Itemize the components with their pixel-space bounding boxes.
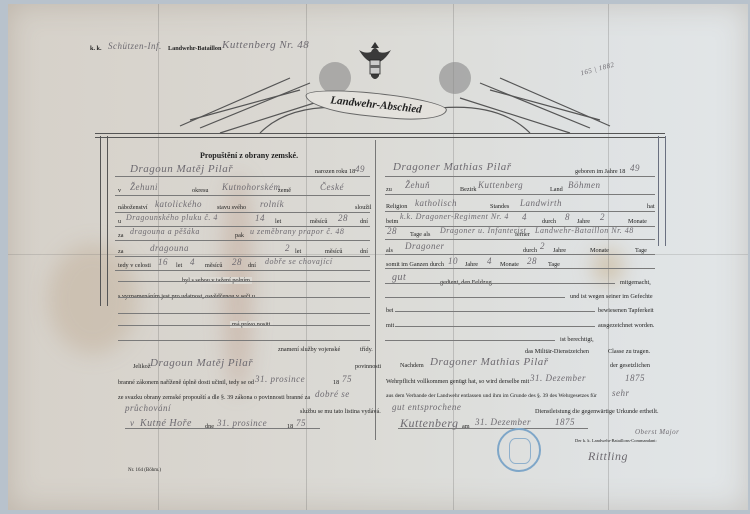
occupation: rolník [260, 199, 284, 209]
country: České [320, 182, 344, 192]
pledge-line: branné zákonem naříženě úplně dosti učin… [118, 379, 254, 386]
unit: u zeměbrany prapor č. 48 [250, 227, 344, 236]
ornamental-frame-left [100, 136, 108, 306]
label: durch [542, 218, 556, 225]
double-headed-eagle-icon [355, 40, 395, 90]
label: Monate [628, 218, 647, 225]
regiment: k.k. Dragoner-Regiment Nr. 4 [400, 212, 509, 221]
official-seal-stamp [497, 428, 541, 472]
months: 2 [600, 212, 605, 222]
rule [118, 340, 370, 341]
country: Böhmen [568, 180, 601, 190]
rank: dragouna [150, 243, 189, 253]
issue-date: 31. Dezember [475, 417, 531, 427]
label: sloužil [355, 204, 372, 211]
signature-title: Der k. k. Landwehr-Bataillons-Commandant… [575, 438, 657, 443]
conduct-value: gut entsprochene [392, 402, 461, 412]
pledge-line: Wehrpflicht vollkommen genügt hat, so wi… [386, 378, 529, 385]
label: let [176, 262, 182, 269]
rule [118, 281, 370, 282]
occupation: Landwirth [520, 198, 562, 208]
conduct: dobře se chovající [265, 257, 333, 266]
label: ferner [515, 231, 530, 238]
rule [118, 325, 370, 326]
label: durch [523, 247, 537, 254]
label: za [118, 248, 124, 255]
discharge-year: 75 [342, 374, 352, 384]
label: země [278, 187, 291, 194]
conduct: gut [392, 272, 406, 283]
birth-place: Žehuň [405, 180, 430, 190]
label: Classe zu tragen. [608, 348, 650, 355]
pledge-line: ze svazku obrany zemské propouští a dle … [118, 394, 310, 401]
label: somit im Ganzen durch [386, 261, 444, 268]
years: 2 [540, 241, 545, 251]
rule [115, 176, 370, 177]
total-months: 4 [487, 256, 492, 266]
label: ausgezeichnet worden. [598, 322, 654, 329]
form-number: Nr. 164 (Böhm.) [128, 468, 161, 473]
issue-year: 1875 [555, 417, 575, 427]
label: der gesetzlichen [610, 362, 650, 369]
label: narozen roku 18 [315, 168, 355, 175]
rule [385, 176, 655, 177]
unit: Landwehr-Bataillon Nr. 48 [535, 226, 634, 235]
total-days: 28 [527, 256, 537, 266]
label: hat [647, 203, 655, 210]
label: zu [386, 186, 392, 193]
label: Religion [386, 203, 407, 210]
label: Jahre [577, 218, 590, 225]
czech-name: Dragoun Matěj Pilař [130, 163, 233, 175]
rule [118, 313, 370, 314]
label: dní [360, 218, 368, 225]
label: dní [248, 262, 256, 269]
rule [385, 283, 615, 284]
regiment: Dragounského pluku č. 4 [126, 213, 218, 222]
rank: Dragoner [405, 241, 445, 251]
label: pak [235, 232, 244, 239]
pledge-line: službu se mu tato listina vydává. [300, 408, 381, 415]
rule [385, 254, 655, 255]
birth-year: 49 [355, 164, 365, 174]
label: v [130, 418, 135, 428]
district: Kuttenberg [478, 180, 523, 190]
label: Tage [635, 247, 647, 254]
label: Jahre [465, 261, 478, 268]
rule [115, 240, 370, 241]
label: mit [386, 322, 394, 329]
label: let [275, 218, 281, 225]
rule [385, 194, 655, 195]
header-unit-handwritten: Schützen-Inf. [108, 41, 162, 51]
district: Kutnohorském [222, 182, 281, 192]
birth-year: 49 [630, 163, 640, 173]
label: geboren im Jahre 18 [575, 168, 625, 175]
rule [125, 428, 320, 429]
label: měsíců [325, 248, 343, 255]
rank: dragouna a pěšáka [130, 227, 200, 236]
label: měsíců [205, 262, 223, 269]
conduct-value: dobré se [315, 389, 350, 399]
rule [398, 428, 588, 429]
medal-line: das Militär-Dienstzeichen [525, 348, 589, 355]
german-name: Dragoner Mathias Pilař [393, 161, 512, 173]
label: v [118, 187, 121, 194]
rule [385, 268, 655, 269]
label: beim [386, 218, 398, 225]
label: Standes [490, 203, 509, 210]
total-years: 10 [448, 256, 458, 266]
label: als [386, 247, 393, 254]
rule [395, 311, 595, 312]
czech-title: Propuštění z obrany zemské. [200, 151, 298, 160]
label: za [118, 232, 124, 239]
label: Jelikož [133, 363, 151, 370]
soldier-name: Dragoun Matěj Pilař [150, 357, 253, 369]
total-days: 28 [232, 257, 242, 267]
religion: katholisch [415, 198, 457, 208]
total-months: 4 [190, 257, 195, 267]
label: bewiesenen Tapferkeit [598, 307, 654, 314]
bravery-line: und ist wegen seiner im Gefechte [570, 293, 653, 300]
label: stavu svého [217, 204, 246, 211]
column-divider [375, 140, 376, 440]
pledge-line: aus dem Verbande der Landwehr entlassen … [386, 393, 597, 399]
ornamental-frame-right [658, 136, 666, 246]
rule [115, 270, 370, 271]
conduct-value: sehr [612, 388, 630, 398]
label: let [295, 248, 301, 255]
rule [118, 297, 370, 298]
header-prefix: k. k. [90, 45, 102, 52]
label: měsíců [310, 218, 328, 225]
rule [385, 297, 565, 298]
ornamental-frame-top [95, 133, 665, 138]
label: Nachdem [400, 362, 424, 369]
rule [115, 195, 370, 196]
label: náboženství [118, 204, 148, 211]
soldier-name: Dragoner Mathias Pilař [430, 356, 549, 368]
weapons-trophy-illustration [160, 28, 630, 143]
pledge-line: Dienstleistung die gegenwärtige Urkunde … [535, 408, 659, 415]
discharge-date: 31. prosince [255, 374, 305, 384]
signature: Rittling [588, 449, 628, 464]
label: Monate [500, 261, 519, 268]
label: povinnosti [355, 363, 381, 370]
rule [385, 340, 555, 341]
label: Land [550, 186, 563, 193]
label: Tage als [410, 231, 430, 238]
label: ist berechtigt, [560, 336, 594, 343]
label: tedy v celosti [118, 262, 151, 269]
label: Bezirk [460, 186, 477, 193]
religion: katolického [155, 199, 202, 209]
label: třídy. [360, 346, 373, 353]
birth-place: Žehuni [130, 182, 158, 192]
discharge-year: 1875 [625, 373, 645, 383]
signatory-rank: Oberst Major [635, 428, 679, 436]
years: 2 [285, 243, 290, 253]
label: 18 [333, 379, 339, 386]
years: 8 [565, 212, 570, 222]
label: bei [386, 307, 394, 314]
issue-date: 31. prosince [217, 418, 267, 428]
days: 28 [387, 226, 397, 236]
months: 28 [338, 213, 348, 223]
total-years: 16 [158, 257, 168, 267]
years: 14 [255, 213, 265, 223]
conduct-value: průchování [125, 403, 171, 413]
label: Tage [548, 261, 560, 268]
label: okresu [192, 187, 209, 194]
label: u [118, 218, 121, 225]
medal-line: znamení služby vojenské [278, 346, 340, 353]
rule [385, 239, 655, 240]
rule [395, 326, 595, 327]
issue-year: 75 [296, 418, 306, 428]
label: Monate [590, 247, 609, 254]
rank: Dragoner u. Infanterist [440, 226, 526, 235]
discharge-date: 31. Dezember [530, 373, 586, 383]
regiment-number: 4 [522, 212, 527, 222]
label: mitgemacht, [620, 279, 651, 286]
label: Jahre [553, 247, 566, 254]
label: dní [360, 248, 368, 255]
